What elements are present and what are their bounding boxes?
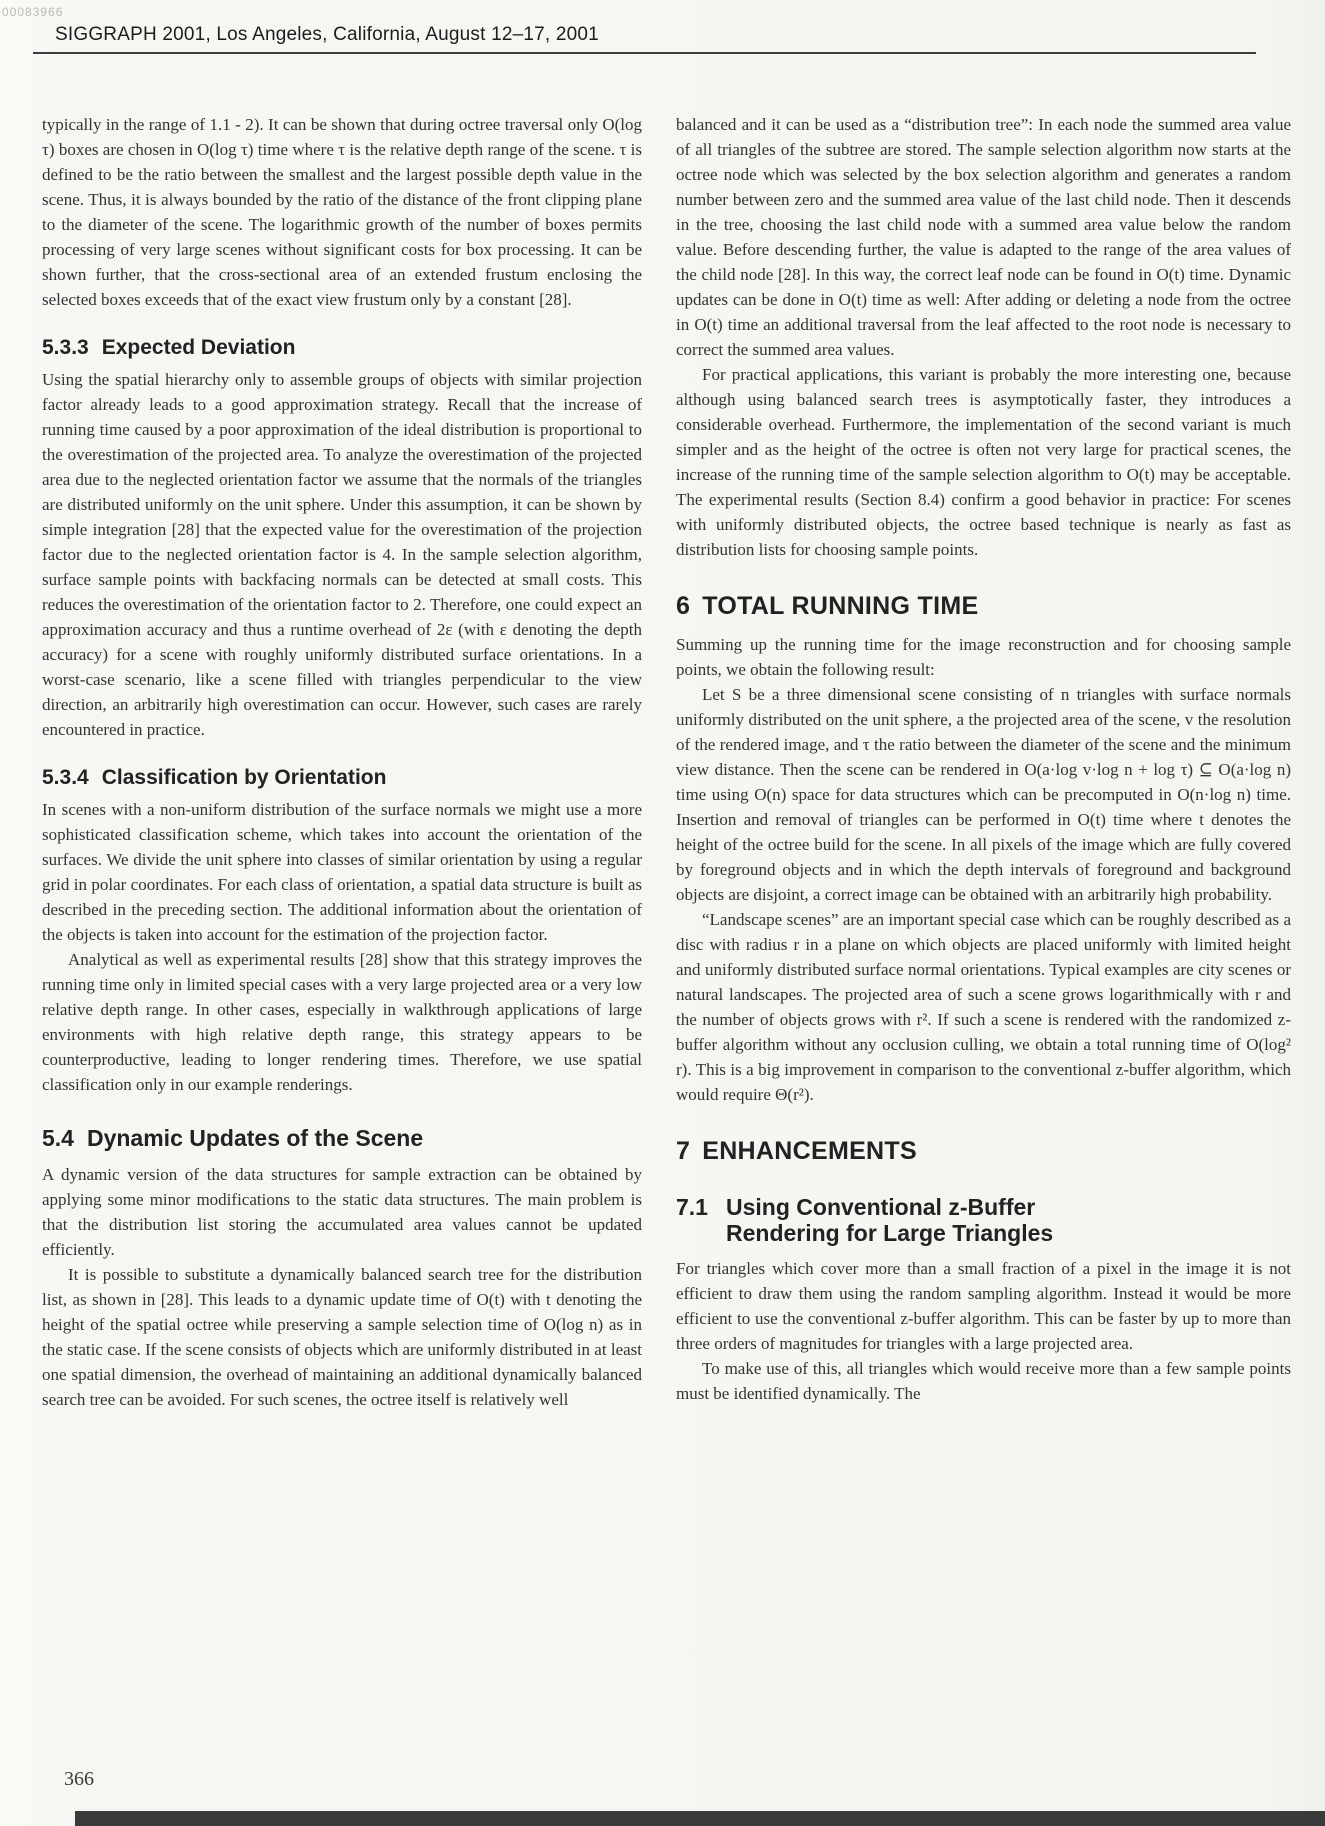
paragraph-practical-applications: For practical applications, this variant… (676, 362, 1291, 562)
paragraph-expected-deviation: Using the spatial hierarchy only to asse… (42, 367, 642, 742)
section-number: 7.1 (676, 1194, 726, 1220)
paragraph-let-s-scene: Let S be a three dimensional scene consi… (676, 682, 1291, 907)
section-heading-5-3-4: 5.3.4Classification by Orientation (42, 766, 642, 790)
header-rule (33, 52, 1256, 54)
section-number: 5.3.4 (42, 766, 89, 790)
section-title: TOTAL RUNNING TIME (702, 592, 978, 620)
paragraph-classification-2: Analytical as well as experimental resul… (42, 947, 642, 1097)
paragraph-make-use: To make use of this, all triangles which… (676, 1356, 1291, 1406)
paragraph-landscape-scenes: “Landscape scenes” are an important spec… (676, 907, 1291, 1107)
scanned-paper-page: 00083966 SIGGRAPH 2001, Los Angeles, Cal… (0, 0, 1325, 1826)
scan-edge-artifact (75, 1811, 1325, 1826)
section-heading-5-3-3: 5.3.3Expected Deviation (42, 336, 642, 360)
section-title: Using Conventional z-Buffer Rendering fo… (726, 1194, 1146, 1247)
paragraph-large-triangles: For triangles which cover more than a sm… (676, 1256, 1291, 1356)
section-title: Expected Deviation (102, 336, 296, 359)
section-title: Dynamic Updates of the Scene (87, 1125, 423, 1151)
paragraph-dynamic-1: A dynamic version of the data structures… (42, 1162, 642, 1262)
section-heading-5-4: 5.4Dynamic Updates of the Scene (42, 1125, 642, 1151)
paragraph-summing-up: Summing up the running time for the imag… (676, 632, 1291, 682)
scan-corner-number: 00083966 (2, 5, 63, 19)
section-number: 6 (676, 592, 690, 621)
paragraph-octree-traversal: typically in the range of 1.1 - 2). It c… (42, 112, 642, 312)
section-heading-7-1: 7.1Using Conventional z-Buffer Rendering… (676, 1194, 1291, 1247)
section-number: 5.4 (42, 1125, 74, 1151)
running-header: SIGGRAPH 2001, Los Angeles, California, … (55, 24, 599, 46)
page-number: 366 (64, 1768, 94, 1791)
column-left: typically in the range of 1.1 - 2). It c… (42, 112, 642, 1412)
section-number: 7 (676, 1137, 690, 1166)
column-right: balanced and it can be used as a “distri… (676, 112, 1291, 1406)
paragraph-classification-1: In scenes with a non-uniform distributio… (42, 797, 642, 947)
section-title: ENHANCEMENTS (702, 1137, 917, 1165)
section-title: Classification by Orientation (102, 766, 387, 789)
paragraph-distribution-tree: balanced and it can be used as a “distri… (676, 112, 1291, 362)
section-heading-6: 6TOTAL RUNNING TIME (676, 592, 1291, 621)
section-heading-7: 7ENHANCEMENTS (676, 1137, 1291, 1166)
section-number: 5.3.3 (42, 336, 89, 360)
paragraph-dynamic-2: It is possible to substitute a dynamical… (42, 1262, 642, 1412)
